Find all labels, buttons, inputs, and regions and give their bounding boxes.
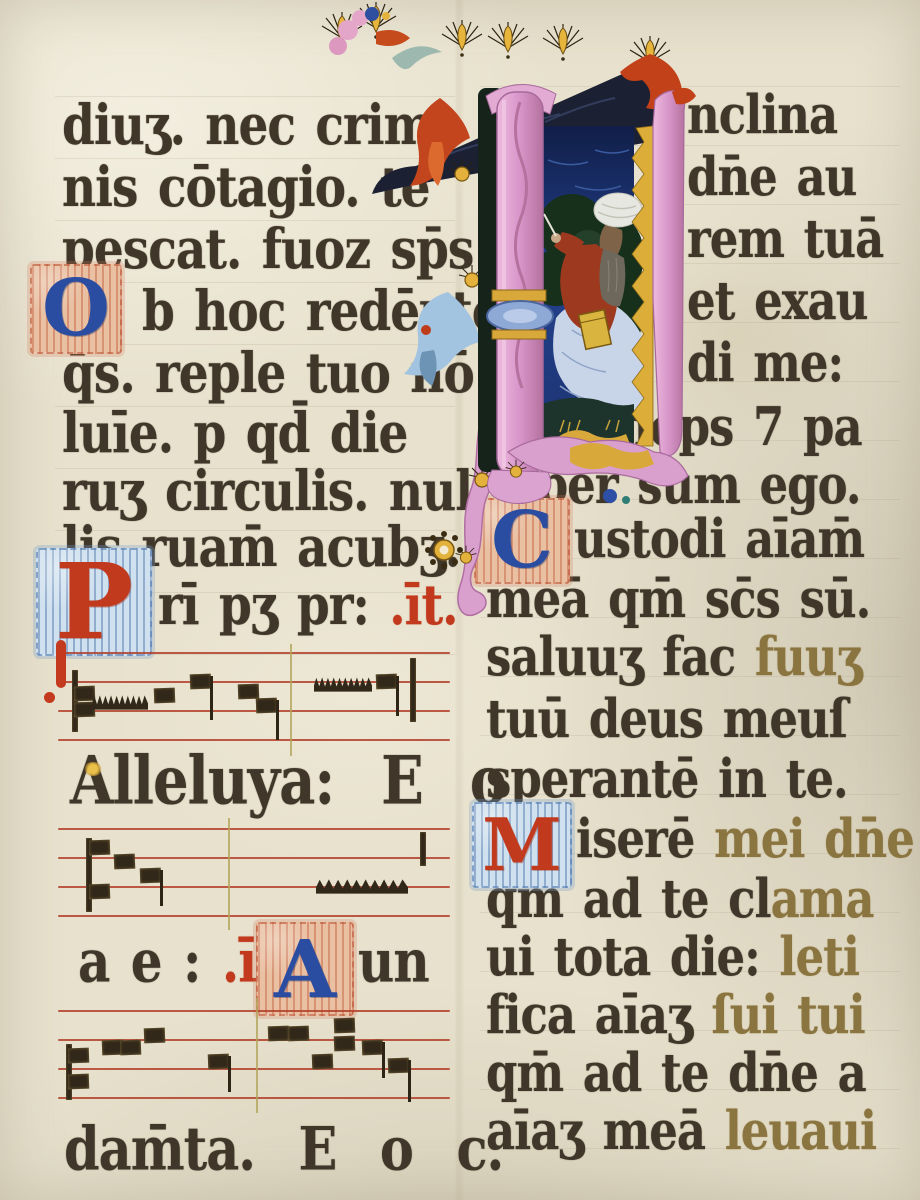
neume-stem	[160, 870, 163, 906]
neume-stem	[396, 676, 399, 716]
neume-vbar	[420, 832, 426, 866]
neume-zigzag	[314, 676, 372, 693]
neume-punctum	[334, 1018, 356, 1034]
neume-punctum	[114, 854, 136, 870]
manuscript-page: diuʒ. nec criminis cōtagio. tepescat. fu…	[0, 0, 920, 1200]
staff-line	[58, 739, 450, 741]
staff-line	[58, 1010, 450, 1012]
neume-stem	[408, 1060, 411, 1102]
neume-punctum	[376, 674, 398, 690]
text-line-right-15: ui tota die: leti	[486, 930, 859, 983]
text-line-left-12: un	[358, 932, 429, 991]
staff-line	[58, 828, 450, 830]
neume-punctum	[388, 1058, 410, 1074]
initial-letter: O	[32, 266, 120, 352]
text-segment: qm̄ ad te dn̄e a	[486, 1041, 866, 1104]
neume-zigzag	[92, 694, 148, 711]
neume-punctum	[190, 674, 212, 690]
text-line-right-17: qm̄ ad te dn̄e a	[486, 1046, 866, 1099]
pink-right-band	[653, 88, 696, 456]
neume-divisio	[256, 998, 258, 1113]
music-staff-3	[58, 1008, 450, 1108]
neume-punctum	[208, 1054, 230, 1070]
text-segment: sperantē in te.	[486, 747, 848, 810]
historiated-initial-I	[320, 0, 720, 660]
neume-punctum	[362, 1040, 384, 1056]
staff-line	[58, 1097, 450, 1099]
text-segment: Alleluya: E o	[70, 742, 506, 820]
neume-punctum	[68, 1074, 90, 1090]
neume-stem	[210, 676, 213, 720]
neume-punctum	[238, 684, 260, 700]
text-segment: fica aīaʒ	[486, 983, 711, 1046]
text-segment: ui tota die:	[486, 925, 779, 988]
text-line-right-11: tuū deus meuſ	[486, 692, 847, 745]
neume-punctum	[268, 1026, 290, 1042]
neume-punctum	[334, 1036, 356, 1052]
text-line-right-13: iserē mei dn̄e	[576, 812, 914, 865]
text-segment: leti	[779, 925, 859, 988]
text-segment: ſui tui	[711, 983, 864, 1046]
neume-punctum	[89, 840, 111, 856]
neume-punctum	[288, 1026, 310, 1042]
neume-punctum	[140, 868, 162, 884]
neume-divisio	[228, 818, 230, 930]
neume-divisio	[290, 644, 292, 756]
neume-vbar	[410, 658, 416, 722]
neume-zigzag	[316, 878, 408, 895]
staff-line	[58, 710, 450, 712]
neume-punctum	[154, 688, 176, 704]
text-line-right-16: fica aīaʒ ſui tui	[486, 988, 865, 1041]
neume-punctum	[120, 1040, 142, 1056]
text-segment: a e :	[78, 926, 222, 996]
text-line-right-18: aīaʒ meā leuaui	[486, 1104, 876, 1157]
shaft-knot	[487, 290, 553, 339]
text-segment: ama	[771, 867, 874, 930]
music-staff-1	[58, 650, 450, 750]
text-segment: un	[358, 926, 429, 996]
initial-letter: M	[474, 804, 570, 886]
initial-letter: P	[38, 550, 150, 654]
text-segment: tuū deus meuſ	[486, 687, 847, 750]
neume-punctum	[74, 686, 96, 702]
text-line-left-13: dam̄ta. E o c.	[64, 1120, 503, 1180]
text-segment: mei dn̄e	[714, 807, 914, 870]
text-segment: dam̄ta. E o c.	[64, 1114, 503, 1185]
text-segment: leuaui	[725, 1099, 876, 1162]
neume-punctum	[68, 1048, 90, 1064]
music-staff-2	[58, 826, 450, 926]
p-dot-ornament	[44, 692, 55, 703]
gold-splash-ornament	[84, 762, 102, 776]
top-left-leaf-cluster	[329, 7, 442, 69]
neume-punctum	[144, 1028, 166, 1044]
neume-punctum	[312, 1054, 334, 1070]
neume-stem	[228, 1056, 231, 1092]
pen-initial-P: P	[36, 548, 152, 656]
text-line-left-10: Alleluya: E o	[70, 748, 506, 814]
staff-line	[58, 915, 450, 917]
neume-stem	[276, 700, 279, 740]
text-segment: iserē	[576, 807, 714, 870]
p-tail-ornament	[56, 640, 66, 688]
text-segment: fuuʒ	[755, 625, 861, 688]
initial-letter: A	[258, 924, 352, 1014]
neume-punctum	[89, 884, 111, 900]
text-segment: aīaʒ meā	[486, 1099, 725, 1162]
neume-punctum	[256, 698, 278, 714]
pen-initial-M: M	[472, 802, 572, 888]
pen-initial-O: O	[30, 264, 122, 354]
pen-initial-A: A	[256, 922, 354, 1016]
neume-stem	[382, 1042, 385, 1078]
text-line-right-12: sperantē in te.	[486, 752, 848, 805]
